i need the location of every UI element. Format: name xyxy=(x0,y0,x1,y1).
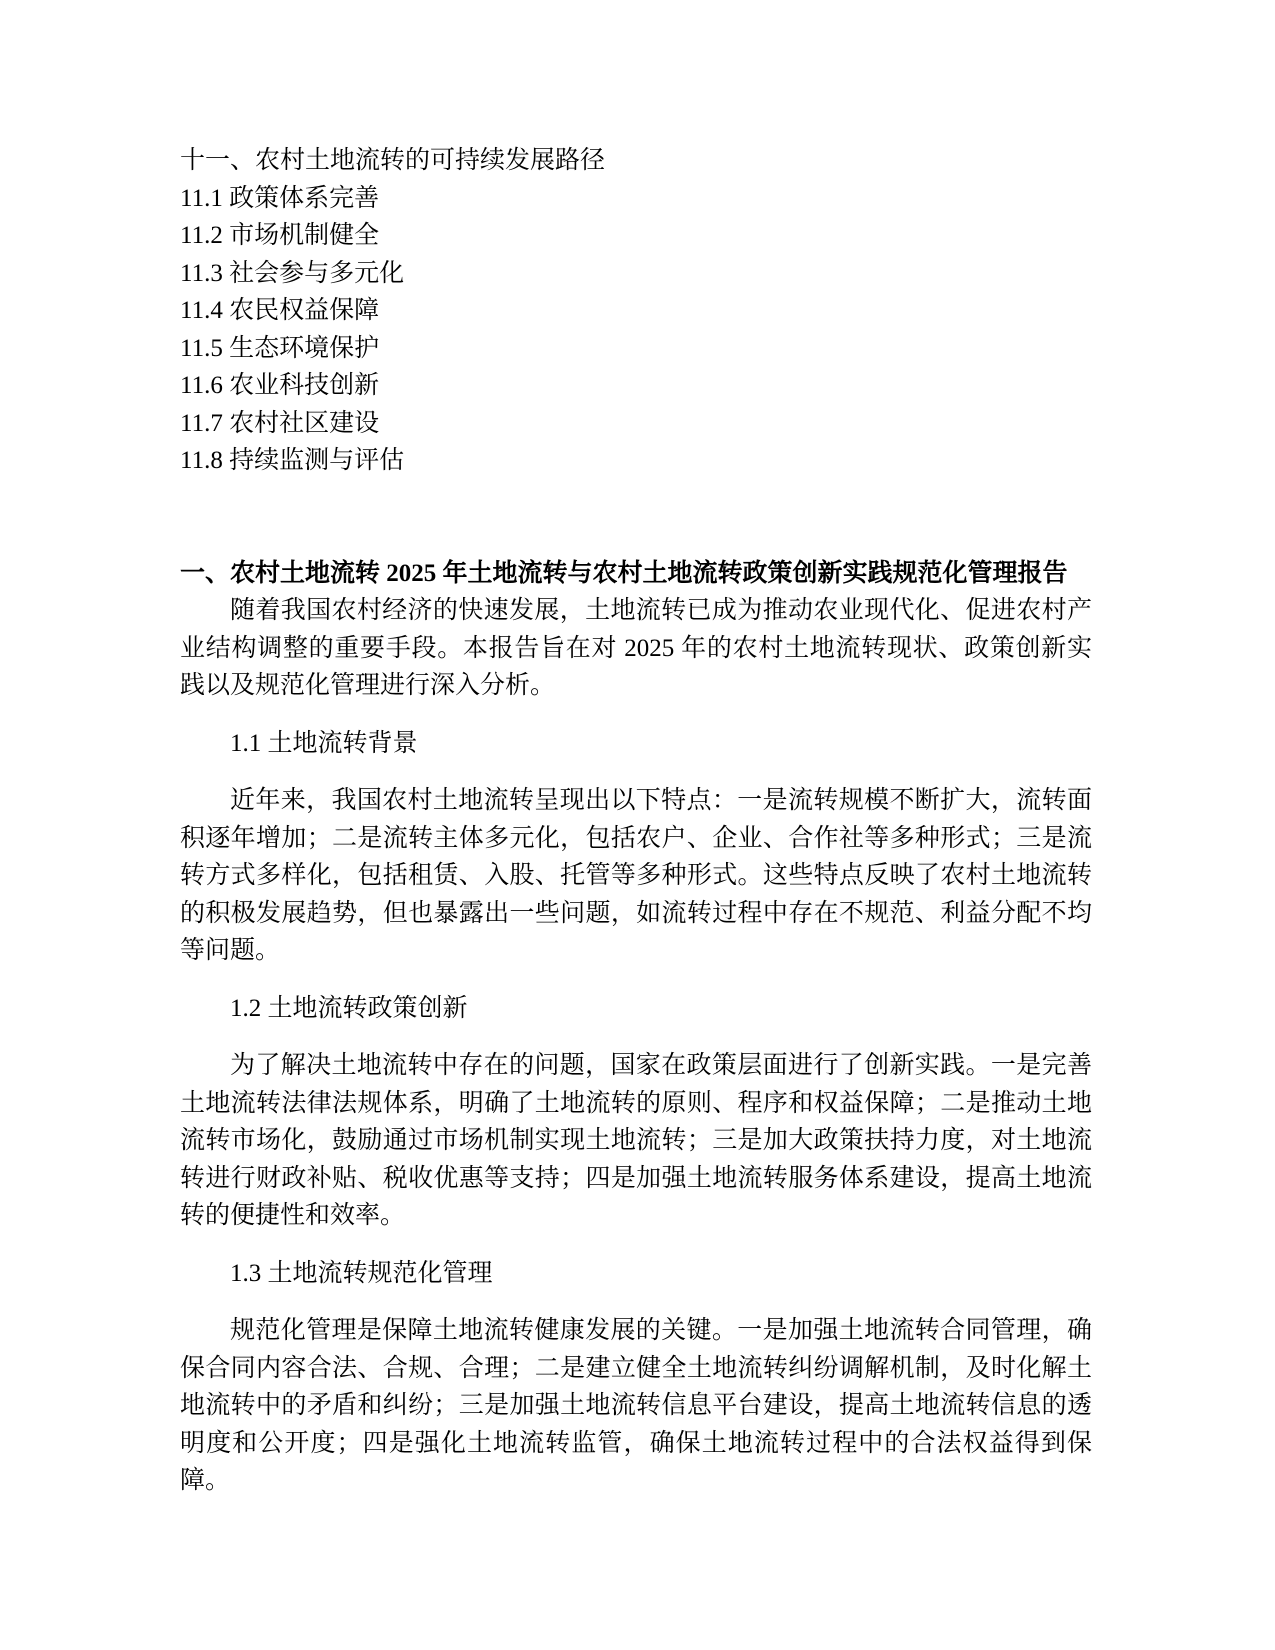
toc-chapter-heading: 十一、农村土地流转的可持续发展路径 xyxy=(180,142,1092,180)
section-body-1-2: 为了解决土地流转中存在的问题，国家在政策层面进行了创新实践。一是完善土地流转法律… xyxy=(180,1047,1092,1235)
section-body-1-3: 规范化管理是保障土地流转健康发展的关键。一是加强土地流转合同管理，确保合同内容合… xyxy=(180,1312,1092,1500)
report-intro-paragraph: 随着我国农村经济的快速发展，土地流转已成为推动农业现代化、促进农村产业结构调整的… xyxy=(180,592,1092,705)
toc-item-11-4: 11.4 农民权益保障 xyxy=(180,292,1092,330)
toc-item-11-2: 11.2 市场机制健全 xyxy=(180,217,1092,255)
section-heading-1-2: 1.2 土地流转政策创新 xyxy=(180,990,1092,1028)
toc-item-11-1: 11.1 政策体系完善 xyxy=(180,180,1092,218)
toc-block: 十一、农村土地流转的可持续发展路径 11.1 政策体系完善 11.2 市场机制健… xyxy=(180,142,1092,480)
toc-item-11-3: 11.3 社会参与多元化 xyxy=(180,255,1092,293)
document-page: 十一、农村土地流转的可持续发展路径 11.1 政策体系完善 11.2 市场机制健… xyxy=(0,0,1275,1650)
report-title: 一、农村土地流转 2025 年土地流转与农村土地流转政策创新实践规范化管理报告 xyxy=(180,555,1092,593)
report-block: 一、农村土地流转 2025 年土地流转与农村土地流转政策创新实践规范化管理报告 … xyxy=(180,555,1092,1500)
toc-item-11-8: 11.8 持续监测与评估 xyxy=(180,442,1092,480)
toc-item-11-6: 11.6 农业科技创新 xyxy=(180,367,1092,405)
section-heading-1-3: 1.3 土地流转规范化管理 xyxy=(180,1255,1092,1293)
section-body-1-1: 近年来，我国农村土地流转呈现出以下特点：一是流转规模不断扩大，流转面积逐年增加；… xyxy=(180,782,1092,970)
toc-item-11-7: 11.7 农村社区建设 xyxy=(180,405,1092,443)
section-heading-1-1: 1.1 土地流转背景 xyxy=(180,725,1092,763)
toc-item-11-5: 11.5 生态环境保护 xyxy=(180,330,1092,368)
